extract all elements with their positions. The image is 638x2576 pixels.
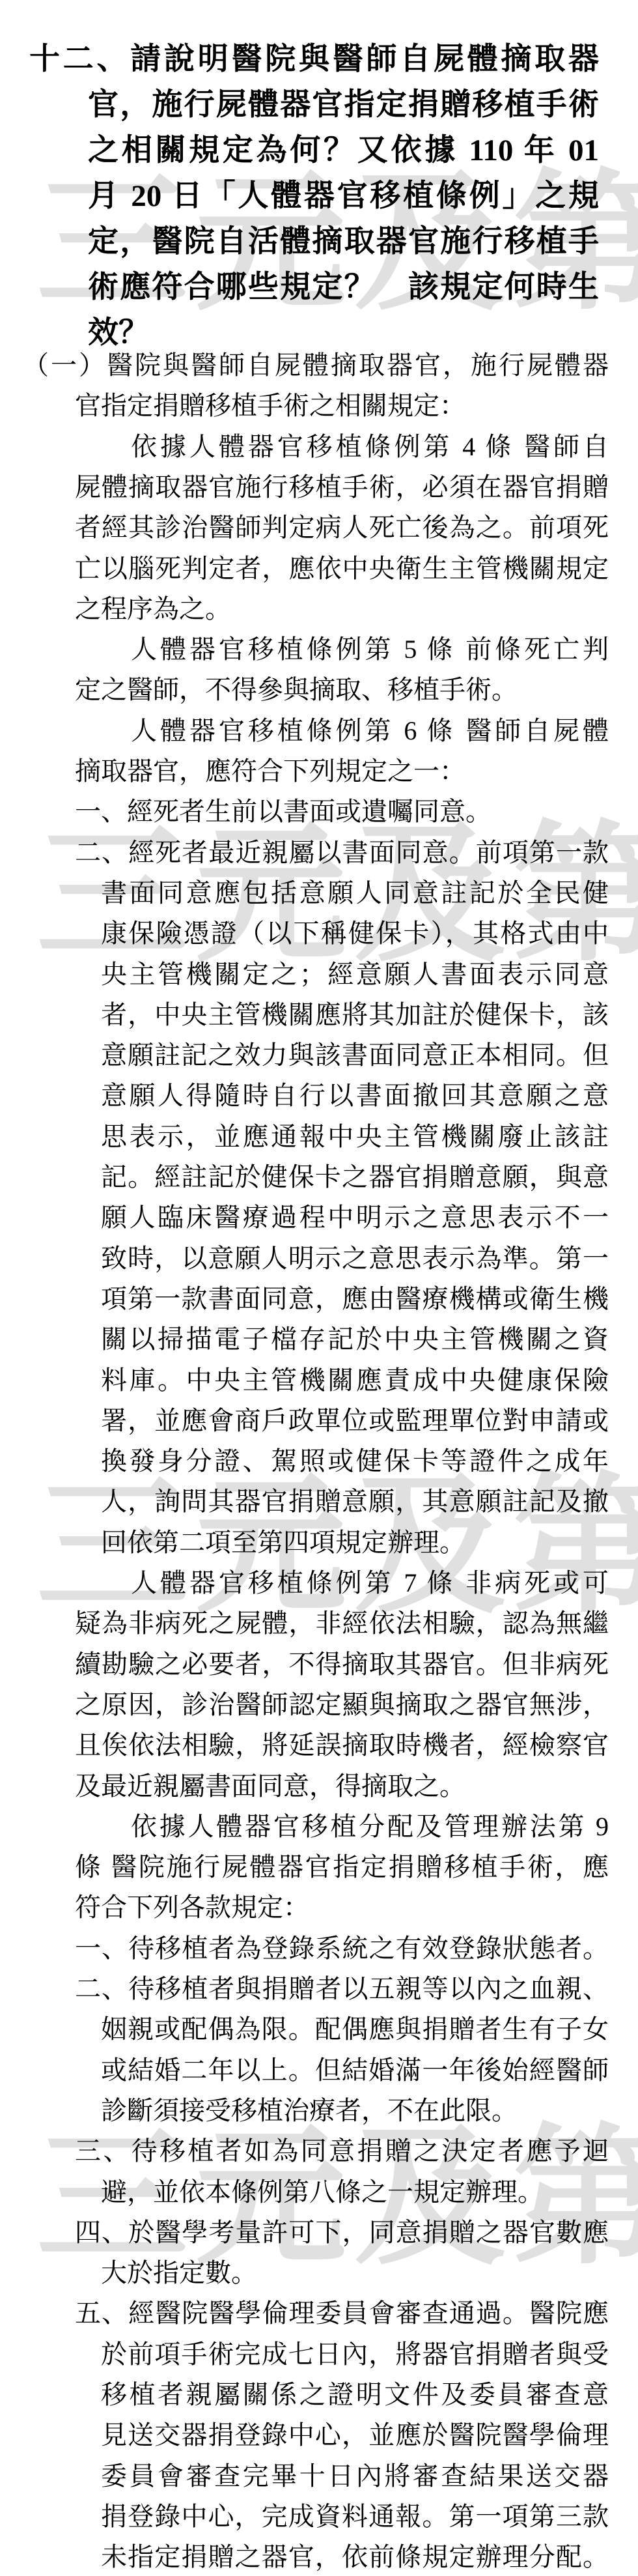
answer-text-line: 亡以腦死判定者，應依中央衛生主管機關規定 bbox=[75, 548, 609, 589]
answer-text-line: 定之醫師，不得參與摘取、移植手術。 bbox=[75, 669, 609, 710]
answer-text-line: 三、待移植者如為同意捐贈之決定者應予迴 bbox=[75, 2130, 609, 2171]
answer-text-line: 項第一款書面同意，應由醫療機構或衛生機 bbox=[101, 1278, 609, 1319]
answer-text-line: （一）醫院與醫師自屍體摘取器官，施行屍體器 bbox=[23, 345, 609, 386]
answer-text-line: 記。經註記於健保卡之器官捐贈意願，與意 bbox=[101, 1156, 609, 1197]
answer-text-line: 委員會審查完畢十日內將審查結果送交器 bbox=[101, 2455, 609, 2497]
answer-text-line: 思表示，並應通報中央主管機關廢止該註 bbox=[101, 1116, 609, 1157]
answer-text-line: 人體器官移植條例第 6 條 醫師自屍體 bbox=[75, 710, 609, 751]
answer-text-line: 見送交器捐登錄中心，並應於醫院醫學倫理 bbox=[101, 2414, 609, 2455]
answer-text-line: 之程序為之。 bbox=[75, 588, 609, 629]
question-title-line: 月 20 日「人體器官移植條例」之規 bbox=[88, 173, 599, 219]
question-title-line: 官，施行屍體器官指定捐贈移植手術 bbox=[88, 82, 599, 128]
answer-text-line: 人，詢問其器官捐贈意願，其意願註記及撤 bbox=[101, 1481, 609, 1522]
answer-text-line: 續勘驗之必要者，不得摘取其器官。但非病死 bbox=[75, 1644, 609, 1685]
answer-text-line: 未指定捐贈之器官，依前條規定辦理分配。 bbox=[101, 2536, 609, 2576]
answer-text-line: 者經其診治醫師判定病人死亡後為之。前項死 bbox=[75, 507, 609, 548]
question-title-line: 十二、請說明醫院與醫師自屍體摘取器 bbox=[29, 36, 599, 82]
answer-text-line: 願人臨床醫療過程中明示之意思表示不一 bbox=[101, 1197, 609, 1238]
answer-text-line: 一、待移植者為登錄系統之有效登錄狀態者。 bbox=[75, 1928, 609, 1969]
answer-text-line: 姻親或配偶為限。配偶應與捐贈者生有子女 bbox=[101, 2009, 609, 2050]
answer-text-line: 康保險憑證（以下稱健保卡），其格式由中 bbox=[101, 913, 609, 954]
answer-text-line: 人體器官移植條例第 5 條 前條死亡判 bbox=[75, 629, 609, 670]
answer-text-line: 料庫。中央主管機關應責成中央健康保險 bbox=[101, 1360, 609, 1401]
text-layer: 十二、請說明醫院與醫師自屍體摘取器官，施行屍體器官指定捐贈移植手術之相關規定為何… bbox=[0, 0, 638, 2576]
answer-text-line: 大於指定數。 bbox=[101, 2252, 609, 2293]
answer-text-line: 診斷須接受移植治療者，不在此限。 bbox=[101, 2090, 609, 2131]
answer-text-line: 者，中央主管機關應將其加註於健保卡，該 bbox=[101, 994, 609, 1035]
answer-text-line: 意願註記之效力與該書面同意正本相同。但 bbox=[101, 1035, 609, 1076]
answer-text-line: 依據人體器官移植條例第 4 條 醫師自 bbox=[75, 426, 609, 467]
answer-text-line: 官指定捐贈移植手術之相關規定： bbox=[75, 385, 609, 426]
question-title-line: 術應符合哪些規定？ 該規定何時生 bbox=[88, 265, 599, 310]
answer-text-line: 關以掃描電子檔存記於中央主管機關之資 bbox=[101, 1319, 609, 1360]
answer-text-line: 人體器官移植條例第 7 條 非病死或可 bbox=[75, 1562, 609, 1603]
answer-text-line: 依據人體器官移植分配及管理辦法第 9 bbox=[75, 1806, 609, 1847]
question-title-line: 之相關規定為何？又依據 110 年 01 bbox=[88, 128, 599, 173]
answer-text-line: 四、於醫學考量許可下，同意捐贈之器官數應 bbox=[75, 2212, 609, 2253]
answer-text-line: 回依第二項至第四項規定辦理。 bbox=[101, 1522, 609, 1563]
answer-text-line: 二、待移植者與捐贈者以五親等以內之血親、 bbox=[75, 1968, 609, 2009]
answer-text-line: 疑為非病死之屍體，非經依法相驗，認為無繼 bbox=[75, 1603, 609, 1644]
answer-text-line: 捐登錄中心，完成資料通報。第一項第三款 bbox=[101, 2496, 609, 2537]
answer-text-line: 換發身分證、駕照或健保卡等證件之成年 bbox=[101, 1440, 609, 1481]
question-title-line: 定，醫院自活體摘取器官施行移植手 bbox=[88, 219, 599, 265]
answer-text-line: 署，並應會商戶政單位或監理單位對申請或 bbox=[101, 1400, 609, 1441]
answer-text-line: 且俟依法相驗，將延誤摘取時機者，經檢察官 bbox=[75, 1724, 609, 1766]
answer-text-line: 及最近親屬書面同意，得摘取之。 bbox=[75, 1766, 609, 1807]
answer-text-line: 避，並依本條例第八條之一規定辦理。 bbox=[101, 2171, 609, 2212]
answer-text-line: 五、經醫院醫學倫理委員會審查通過。醫院應 bbox=[75, 2293, 609, 2334]
answer-text-line: 或結婚二年以上。但結婚滿一年後始經醫師 bbox=[101, 2050, 609, 2091]
answer-text-line: 之原因，診治醫師認定顯與摘取之器官無涉， bbox=[75, 1684, 609, 1725]
answer-text-line: 移植者親屬關係之證明文件及委員審查意 bbox=[101, 2374, 609, 2415]
answer-text-line: 致時，以意願人明示之意思表示為準。第一 bbox=[101, 1238, 609, 1279]
answer-text-line: 符合下列各款規定： bbox=[75, 1887, 609, 1928]
answer-text-line: 書面同意應包括意願人同意註記於全民健 bbox=[101, 872, 609, 913]
answer-text-line: 屍體摘取器官施行移植手術，必須在器官捐贈 bbox=[75, 466, 609, 508]
answer-text-line: 於前項手術完成七日內，將器官捐贈者與受 bbox=[101, 2334, 609, 2375]
scanned-page: 三元及第三元及第三元及第三元及第 十二、請說明醫院與醫師自屍體摘取器官，施行屍體… bbox=[0, 0, 638, 2576]
answer-text-line: 央主管機關定之；經意願人書面表示同意 bbox=[101, 954, 609, 995]
answer-text-line: 二、經死者最近親屬以書面同意。前項第一款 bbox=[75, 832, 609, 873]
answer-text-line: 摘取器官，應符合下列規定之一： bbox=[75, 751, 609, 792]
answer-text-line: 條 醫院施行屍體器官指定捐贈移植手術，應 bbox=[75, 1846, 609, 1887]
answer-text-line: 意願人得隨時自行以書面撤回其意願之意 bbox=[101, 1075, 609, 1116]
answer-text-line: 一、經死者生前以書面或遺囑同意。 bbox=[75, 791, 609, 832]
